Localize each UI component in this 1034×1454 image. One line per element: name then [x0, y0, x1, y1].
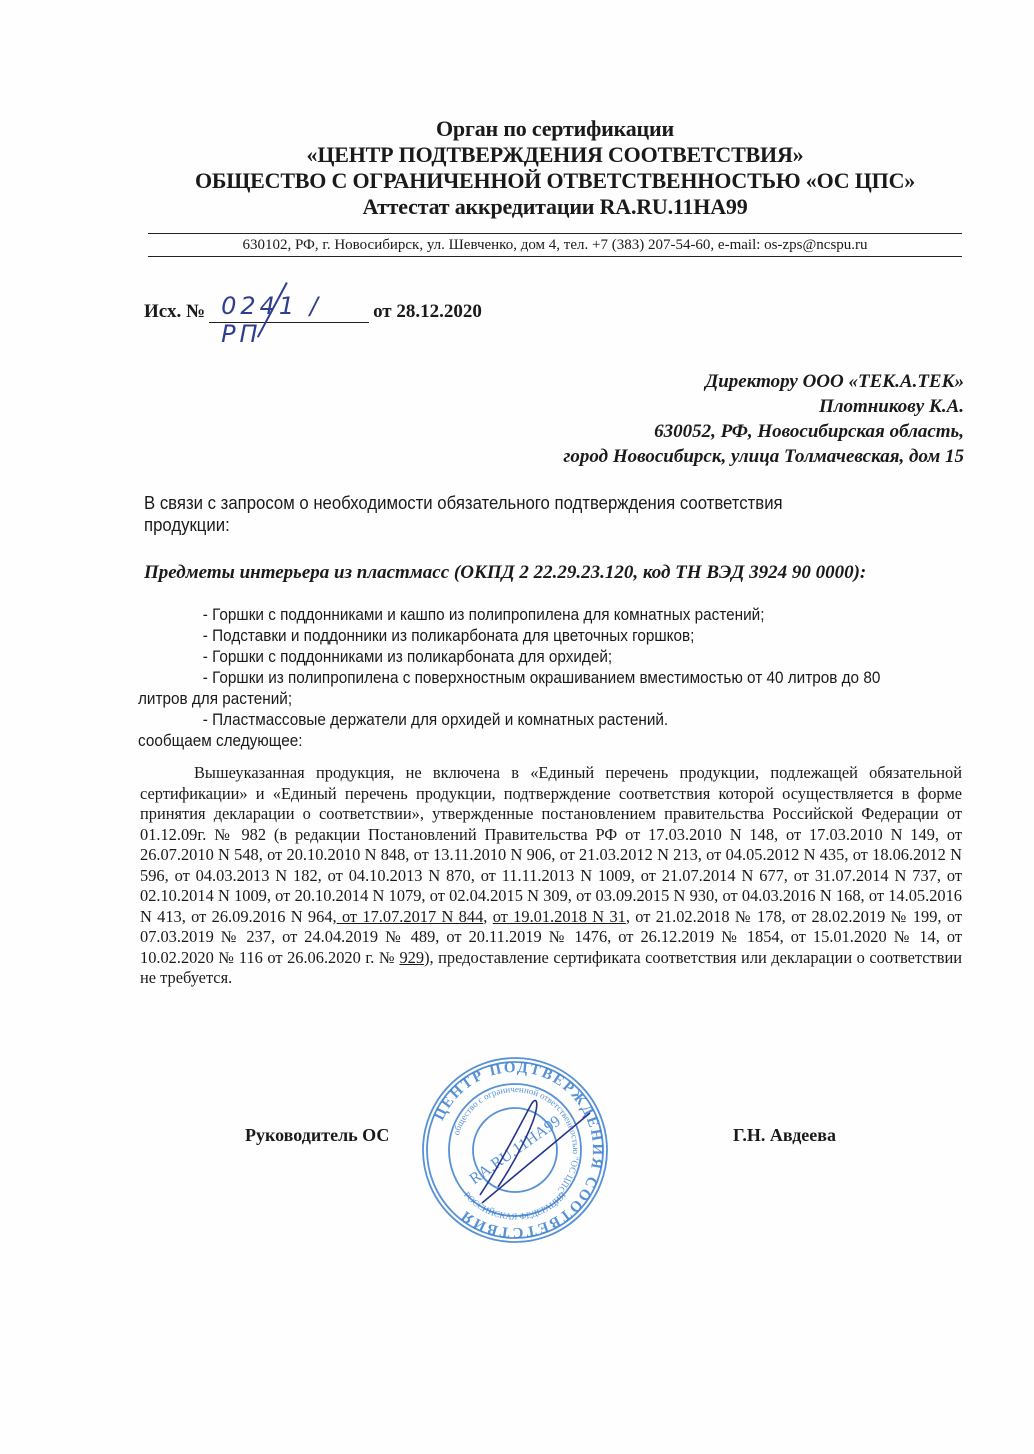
product-subject: Предметы интерьера из пластмасс (ОКПД 2 … — [144, 562, 866, 584]
body-paragraph: Вышеуказанная продукция, не включена в «… — [140, 763, 962, 989]
product-item: - Пластмассовые держатели для орхидей и … — [138, 709, 894, 730]
letterhead: Орган по сертификации «ЦЕНТР ПОДТВЕРЖДЕН… — [140, 116, 970, 220]
letter-page: Орган по сертификации «ЦЕНТР ПОДТВЕРЖДЕН… — [0, 0, 1034, 1454]
outgoing-number-field: 0241 / РП — [209, 298, 369, 323]
body-underlined-ref: от 17.07.2017 N 844 — [337, 907, 484, 926]
recipient-name: Плотникову К.А. — [563, 394, 964, 419]
outgoing-number: Исх. № 0241 / РП от 28.12.2020 — [144, 298, 482, 323]
product-item: - Горшки с поддонниками из поликарбоната… — [138, 646, 894, 667]
product-item: - Горшки с поддонниками и кашпо из полип… — [138, 604, 894, 625]
product-list: - Горшки с поддонниками и кашпо из полип… — [138, 604, 894, 751]
letterhead-center-name: «ЦЕНТР ПОДТВЕРЖДЕНИЯ СООТВЕТСТВИЯ» — [140, 142, 970, 168]
letterhead-accreditation: Аттестат аккредитации RA.RU.11НА99 — [140, 194, 970, 220]
letterhead-address: 630102, РФ, г. Новосибирск, ул. Шевченко… — [140, 237, 970, 254]
body-underlined-ref: от 19.01.2018 N 31 — [493, 907, 626, 926]
official-stamp-icon: ЦЕНТР ПОДТВЕРЖДЕНИЯ СООТВЕТСТВИЯ обществ… — [420, 1055, 610, 1245]
body-text: Вышеуказанная продукция, не включена в «… — [140, 763, 962, 926]
letterhead-rule-bottom — [148, 256, 962, 257]
lead-out-text: сообщаем следующее: — [138, 730, 894, 751]
letterhead-company-name: ОБЩЕСТВО С ОГРАНИЧЕННОЙ ОТВЕТСТВЕННОСТЬЮ… — [140, 168, 970, 194]
body-separator: , — [483, 907, 492, 926]
outgoing-date: от 28.12.2020 — [373, 301, 482, 323]
outgoing-label: Исх. № — [144, 301, 205, 323]
intro-text: В связи с запросом о необходимости обяза… — [144, 492, 869, 536]
letterhead-org-type: Орган по сертификации — [140, 116, 970, 142]
signatory-name: Г.Н. Авдеева — [733, 1125, 836, 1146]
recipient-block: Директору ООО «ТЕК.А.ТЕК» Плотникову К.А… — [563, 369, 964, 469]
recipient-position: Директору ООО «ТЕК.А.ТЕК» — [563, 369, 964, 394]
signatory-title: Руководитель ОС — [245, 1125, 389, 1146]
product-item: - Подставки и поддонники из поликарбонат… — [138, 625, 894, 646]
handwritten-number: 0241 / РП — [221, 292, 369, 348]
recipient-address-1: 630052, РФ, Новосибирская область, — [563, 419, 964, 444]
body-underlined-ref: 929 — [399, 948, 424, 967]
letterhead-rule-top — [148, 233, 962, 234]
recipient-address-2: город Новосибирск, улица Толмачевская, д… — [563, 444, 964, 469]
product-item: - Горшки из полипропилена с поверхностны… — [138, 667, 894, 709]
